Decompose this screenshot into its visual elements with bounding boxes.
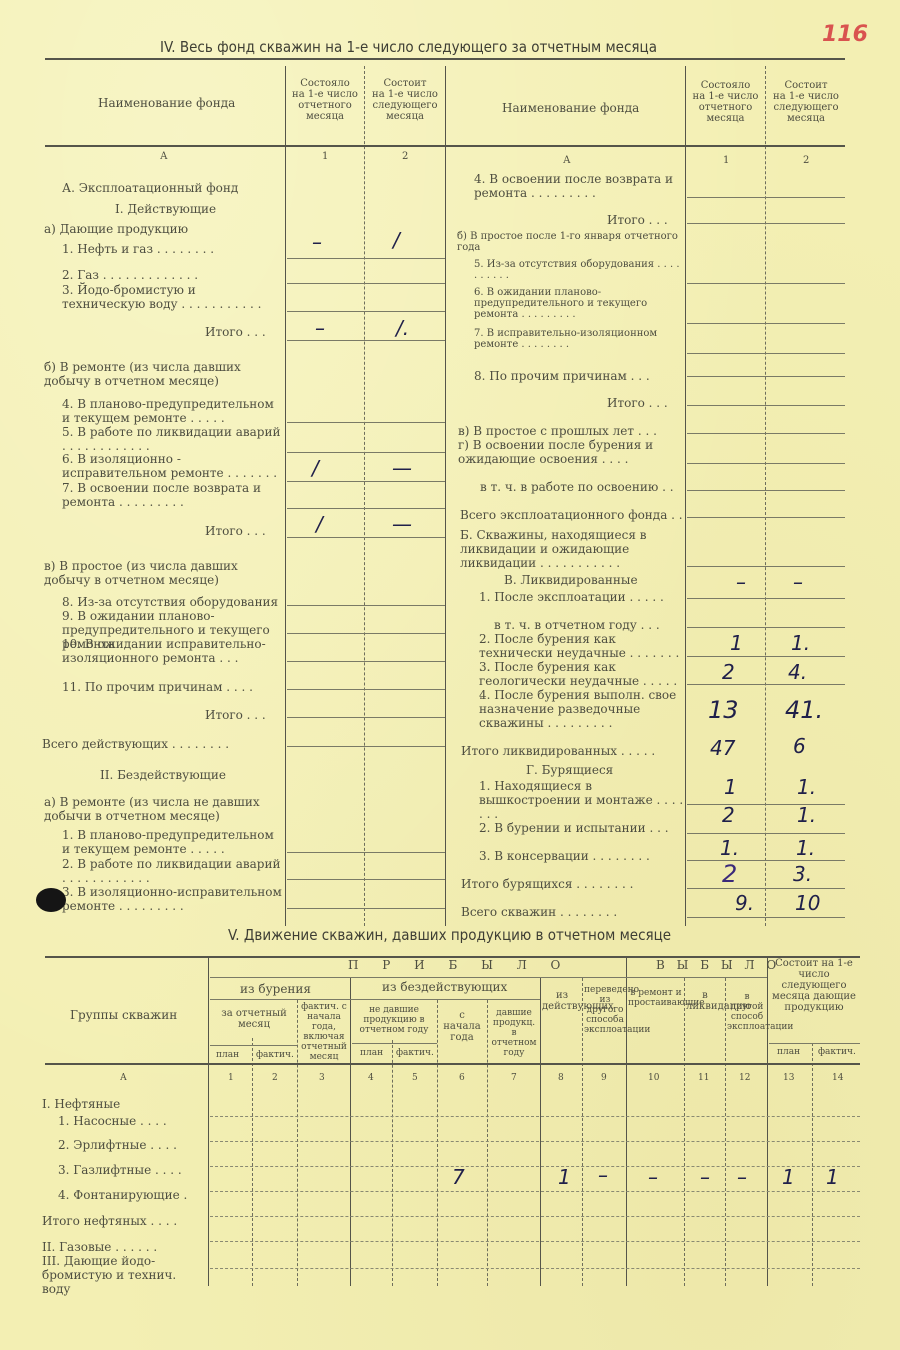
row-line — [287, 258, 445, 259]
row-line — [210, 1116, 860, 1117]
header-for-month: за отчетный месяц — [212, 1008, 296, 1030]
col-line — [350, 978, 351, 1286]
row-line — [287, 537, 445, 538]
header-text: месяца — [687, 113, 764, 124]
row-line — [210, 1166, 860, 1167]
header-state-next: Состоит на 1-е число следующего месяца д… — [769, 958, 859, 1013]
header-text: Состоит — [767, 80, 845, 91]
row-label: б) В простое после 1-го января отчетного… — [457, 231, 682, 253]
header-produced-in-year: давшие продукц. в отчетном году — [489, 1008, 539, 1058]
col-line — [487, 1000, 488, 1286]
header-text: следующего — [767, 102, 845, 113]
index-cell: 14 — [832, 1073, 843, 1083]
row-line — [687, 566, 845, 567]
col-line — [765, 66, 766, 926]
row-line — [687, 888, 845, 889]
value-right-r22-c2: 1. — [797, 805, 816, 825]
row-label: 6. В ожидании планово-предупредительного… — [474, 287, 682, 320]
value-left-r6-c1: – — [315, 318, 325, 338]
row-label: Итого . . . — [607, 396, 668, 410]
header-col2-right: Состоит на 1-е число следующего месяца — [767, 80, 845, 124]
value-left-r10-c2: — — [392, 458, 412, 478]
value-right-r16-c1: 1 — [730, 633, 743, 653]
header-plan: план — [360, 1048, 383, 1058]
row-line — [287, 717, 445, 718]
value-right-r23-c1: 1. — [720, 838, 739, 858]
row-label: 1. В планово-предупредительном и текущем… — [62, 828, 282, 856]
section4-title: IV. Весь фонд скважин на 1-е число следу… — [160, 40, 657, 54]
header-to-repair: в ремонт и простаивающие — [628, 988, 684, 1008]
row-label: 4. В освоении после возврата и ремонта .… — [474, 172, 682, 200]
value-right-r14-c2: – — [793, 572, 803, 592]
value-left-r12-c1: / — [316, 514, 323, 534]
row-line — [687, 860, 845, 861]
value-gaslift-c12: – — [737, 1167, 747, 1187]
header-text: на 1-е число — [287, 89, 363, 100]
row-label: 4. После бурения выполн. свое назначение… — [479, 688, 684, 730]
row-line — [210, 1268, 860, 1269]
row-line — [687, 833, 845, 834]
header-text: отчетного — [687, 102, 764, 113]
row-line — [687, 405, 845, 406]
header-actual-since-start: фактич. с начала года, включая отчетный … — [298, 1002, 350, 1062]
header-col2-left: Состоит на 1-е число следующего месяца — [366, 78, 444, 122]
row-label: 1. Нефть и газ . . . . . . . . — [62, 242, 214, 256]
value-right-r14-c1: – — [736, 572, 746, 592]
row-label: 2. Эрлифтные . . . . — [58, 1138, 177, 1152]
header-text: Состоит — [366, 78, 444, 89]
row-label: 2. Газ . . . . . . . . . . . . . — [62, 268, 198, 282]
value-right-r16-c2: 1. — [791, 633, 810, 653]
value-right-r25-c1: 9. — [735, 893, 754, 913]
row-line — [687, 376, 845, 377]
row-line — [687, 656, 845, 657]
header-fact: фактич. — [256, 1050, 294, 1060]
row-line — [210, 1216, 860, 1217]
value-gaslift-c9: – — [598, 1165, 608, 1185]
header-col1-left: Состояло на 1-е число отчетного месяца — [287, 78, 363, 122]
header-col1-right: Состояло на 1-е число отчетного месяца — [687, 80, 764, 124]
row-label: 1. После эксплоатации . . . . . — [479, 590, 664, 604]
index-cell: 7 — [511, 1073, 517, 1083]
value-right-r19-c1: 47 — [710, 738, 735, 758]
index-1: 1 — [723, 155, 729, 166]
row-label: А. Эксплоатационный фонд — [62, 181, 238, 195]
divider — [45, 145, 845, 147]
row-label: 3. Газлифтные . . . . — [58, 1163, 182, 1177]
header-departed: В Ы Б Ы Л О — [656, 958, 780, 972]
row-label: I. Нефтяные — [42, 1097, 120, 1111]
header-text: месяца — [767, 113, 845, 124]
row-label: Г. Бурящиеся — [526, 763, 613, 777]
header-text: Состояло — [287, 78, 363, 89]
header-name-right: Наименование фонда — [502, 101, 639, 115]
row-line — [287, 605, 445, 606]
header-text: на 1-е число — [366, 89, 444, 100]
row-line — [287, 340, 445, 341]
value-right-r17-c2: 4. — [788, 662, 807, 682]
row-label: 6. В изоляционно - исправительном ремонт… — [62, 452, 282, 480]
col-line — [208, 956, 209, 1286]
header-text: месяца — [366, 111, 444, 122]
row-label: 1. Насосные . . . . — [58, 1114, 167, 1128]
col-line — [685, 66, 686, 926]
index-cell: 2 — [272, 1073, 278, 1083]
index-cell: 10 — [648, 1073, 659, 1083]
row-label: г) В освоении после бурения и ожидающие … — [458, 438, 682, 466]
header-line — [352, 1043, 437, 1044]
col-line — [437, 1000, 438, 1286]
row-line — [287, 879, 445, 880]
row-label: I. Действующие — [115, 202, 216, 216]
row-label: 4. В планово-предупредительном и текущем… — [62, 397, 282, 425]
header-from-active: из действующих — [542, 990, 582, 1012]
header-to-liquidation: в ликвидацию — [686, 990, 724, 1012]
row-line — [687, 197, 845, 198]
row-label: 10. В ожидании исправительно-изоляционно… — [62, 637, 282, 665]
row-line — [687, 517, 845, 518]
value-right-r25-c2: 10 — [795, 893, 820, 913]
row-label: Итого ликвидированных . . . . . — [461, 744, 655, 758]
row-label: 4. Фонтанирующие . — [58, 1188, 187, 1202]
row-label: а) Дающие продукцию — [44, 222, 188, 236]
header-groups: Группы скважин — [70, 1008, 177, 1022]
header-text: отчетного — [287, 100, 363, 111]
row-line — [287, 633, 445, 634]
index-2: 2 — [803, 155, 809, 166]
row-label: В. Ликвидированные — [504, 573, 638, 587]
index-cell: А — [120, 1073, 127, 1083]
header-fact: фактич. — [396, 1048, 434, 1058]
section5-title: V. Движение скважин, давших продукцию в … — [228, 928, 671, 942]
row-label: Всего эксплоатационного фонда . . — [460, 508, 683, 522]
row-label: 5. В работе по ликвидации аварий . . . .… — [62, 425, 282, 453]
row-label: 11. По прочим причинам . . . . — [62, 680, 253, 694]
value-right-r18-c1: 13 — [708, 700, 739, 720]
row-line — [287, 422, 445, 423]
header-text: Состояло — [687, 80, 764, 91]
col-line — [812, 1043, 813, 1286]
value-left-r10-c1: / — [312, 458, 319, 478]
row-label: Итого . . . — [205, 325, 266, 339]
row-label: Итого бурящихся . . . . . . . . — [461, 877, 633, 891]
row-line — [687, 223, 845, 224]
index-cell: 8 — [558, 1073, 564, 1083]
index-1: 1 — [322, 151, 328, 162]
index-cell: 12 — [739, 1073, 750, 1083]
header-text: на 1-е число — [687, 91, 764, 102]
row-label: Всего скважин . . . . . . . . — [461, 905, 617, 919]
row-line — [287, 508, 445, 509]
row-label: 7. В освоении после возврата и ремонта .… — [62, 481, 282, 509]
row-label: б) В ремонте (из числа давших добычу в о… — [44, 360, 280, 388]
header-text: следующего — [366, 100, 444, 111]
row-line — [687, 463, 845, 464]
col-line — [364, 66, 365, 926]
value-gaslift-c6: 7 — [452, 1167, 465, 1187]
header-line — [769, 1043, 860, 1044]
row-line — [287, 689, 445, 690]
row-line — [287, 852, 445, 853]
row-label: Итого . . . — [205, 524, 266, 538]
row-line — [287, 311, 445, 312]
value-right-r24-c1: 2 — [722, 864, 737, 884]
index-cell: 1 — [228, 1073, 234, 1083]
row-line — [687, 684, 845, 685]
value-right-r21-c1: 1 — [724, 777, 737, 797]
row-label: 8. По прочим причинам . . . — [474, 369, 650, 383]
row-label: 1. Находящиеся в вышкостроении и монтаже… — [479, 779, 684, 821]
header-line — [210, 999, 540, 1000]
row-label: 3. Йодо-бромистую и техническую воду . .… — [62, 283, 282, 311]
value-left-r3-c1: – — [312, 232, 322, 252]
value-gaslift-c8: 1 — [558, 1167, 571, 1187]
col-line — [767, 956, 768, 1286]
index-2: 2 — [402, 151, 408, 162]
col-line — [392, 1040, 393, 1286]
col-line — [252, 1038, 253, 1286]
row-line — [210, 1241, 860, 1242]
row-label: Итого . . . — [205, 708, 266, 722]
row-line — [687, 353, 845, 354]
index-cell: 9 — [601, 1073, 607, 1083]
row-line — [687, 433, 845, 434]
row-line — [287, 661, 445, 662]
header-since-year-start: с начала года — [439, 1010, 485, 1043]
row-label: 2. В работе по ликвидации аварий . . . .… — [62, 857, 282, 885]
col-line — [285, 66, 286, 926]
value-right-r24-c2: 3. — [793, 864, 812, 884]
row-label: 7. В исправительно-изоляционном ремонте … — [474, 328, 682, 350]
header-from-inactive: из бездействующих — [382, 980, 507, 994]
row-label: в) В простое (из числа давших добычу в о… — [44, 559, 280, 587]
header-line — [210, 1045, 297, 1046]
value-gaslift-c14: 1 — [826, 1167, 839, 1187]
divider — [45, 1063, 860, 1065]
index-cell: 11 — [698, 1073, 709, 1083]
row-label: II. Бездействующие — [100, 768, 226, 782]
punch-hole — [36, 888, 66, 912]
row-label: 2. В бурении и испытании . . . — [479, 821, 669, 835]
row-label: в) В простое с прошлых лет . . . — [458, 424, 657, 438]
value-gaslift-c13: 1 — [782, 1167, 795, 1187]
value-left-r3-c2: / — [393, 230, 400, 250]
row-line — [687, 917, 845, 918]
header-plan: план — [777, 1047, 800, 1057]
header-fact: фактич. — [818, 1047, 856, 1057]
col-line — [626, 956, 627, 1286]
row-line — [287, 452, 445, 453]
row-line — [687, 804, 845, 805]
value-right-r23-c2: 1. — [796, 838, 815, 858]
row-line — [687, 627, 845, 628]
row-label: II. Газовые . . . . . . — [42, 1240, 157, 1254]
header-from-drilling: из бурения — [240, 982, 311, 996]
row-label: III. Дающие йодо-бромистую и технич. вод… — [42, 1254, 204, 1296]
header-line — [210, 977, 767, 978]
row-line — [687, 598, 845, 599]
index-cell: 3 — [319, 1073, 325, 1083]
row-line — [687, 490, 845, 491]
row-label: 5. Из-за отсутствия оборудования . . . .… — [474, 259, 682, 281]
row-line — [287, 908, 445, 909]
row-label: Итого нефтяных . . . . — [42, 1214, 177, 1228]
index-a: А — [563, 155, 571, 166]
header-other-method: в другой способ эксплоатации — [727, 992, 767, 1032]
col-line — [445, 66, 446, 926]
header-plan: план — [216, 1050, 239, 1060]
value-left-r6-c2: /. — [396, 318, 409, 338]
row-line — [287, 481, 445, 482]
value-right-r17-c1: 2 — [722, 662, 735, 682]
row-label: а) В ремонте (из числа не давших добычи … — [44, 795, 280, 823]
value-right-r18-c2: 41. — [785, 700, 823, 720]
divider — [45, 58, 845, 60]
row-label: 3. В консервации . . . . . . . . — [479, 849, 650, 863]
col-line — [582, 978, 583, 1286]
row-label: в т. ч. в отчетном году . . . — [494, 618, 660, 632]
header-text: на 1-е число — [767, 91, 845, 102]
page-number: 116 — [822, 22, 868, 47]
col-line — [684, 978, 685, 1286]
row-label: в т. ч. в работе по освоению . . — [480, 480, 674, 494]
row-line — [287, 283, 445, 284]
row-line — [210, 1191, 860, 1192]
row-label: 3. В изоляционно-исправительном ремонте … — [62, 885, 282, 913]
header-not-produced: не давшие продукцию в отчетном году — [352, 1005, 436, 1035]
row-line — [687, 323, 845, 324]
row-label: Итого . . . — [607, 213, 668, 227]
header-transferred: переведено из другого способа эксплоатац… — [584, 985, 626, 1035]
value-right-r21-c2: 1. — [797, 777, 816, 797]
index-cell: 4 — [368, 1073, 374, 1083]
index-a: А — [160, 151, 168, 162]
row-label: 8. Из-за отсутствия оборудования — [62, 595, 278, 609]
value-right-r22-c1: 2 — [722, 805, 735, 825]
row-line — [210, 1141, 860, 1142]
value-left-r12-c2: — — [392, 514, 412, 534]
header-name-left: Наименование фонда — [98, 96, 235, 110]
header-text: месяца — [287, 111, 363, 122]
row-label: Б. Скважины, находящиеся в ликвидации и … — [460, 528, 684, 570]
value-right-r19-c2: 6 — [793, 736, 806, 756]
row-label: Всего действующих . . . . . . . . — [42, 737, 229, 751]
col-line — [540, 978, 541, 1286]
row-line — [287, 746, 445, 747]
value-gaslift-c11: – — [700, 1167, 710, 1187]
value-gaslift-c10: – — [648, 1167, 658, 1187]
header-arrived: П Р И Б Ы Л О — [348, 958, 570, 972]
index-cell: 5 — [412, 1073, 418, 1083]
index-cell: 13 — [783, 1073, 794, 1083]
col-line — [725, 978, 726, 1286]
index-cell: 6 — [459, 1073, 465, 1083]
row-line — [687, 283, 845, 284]
